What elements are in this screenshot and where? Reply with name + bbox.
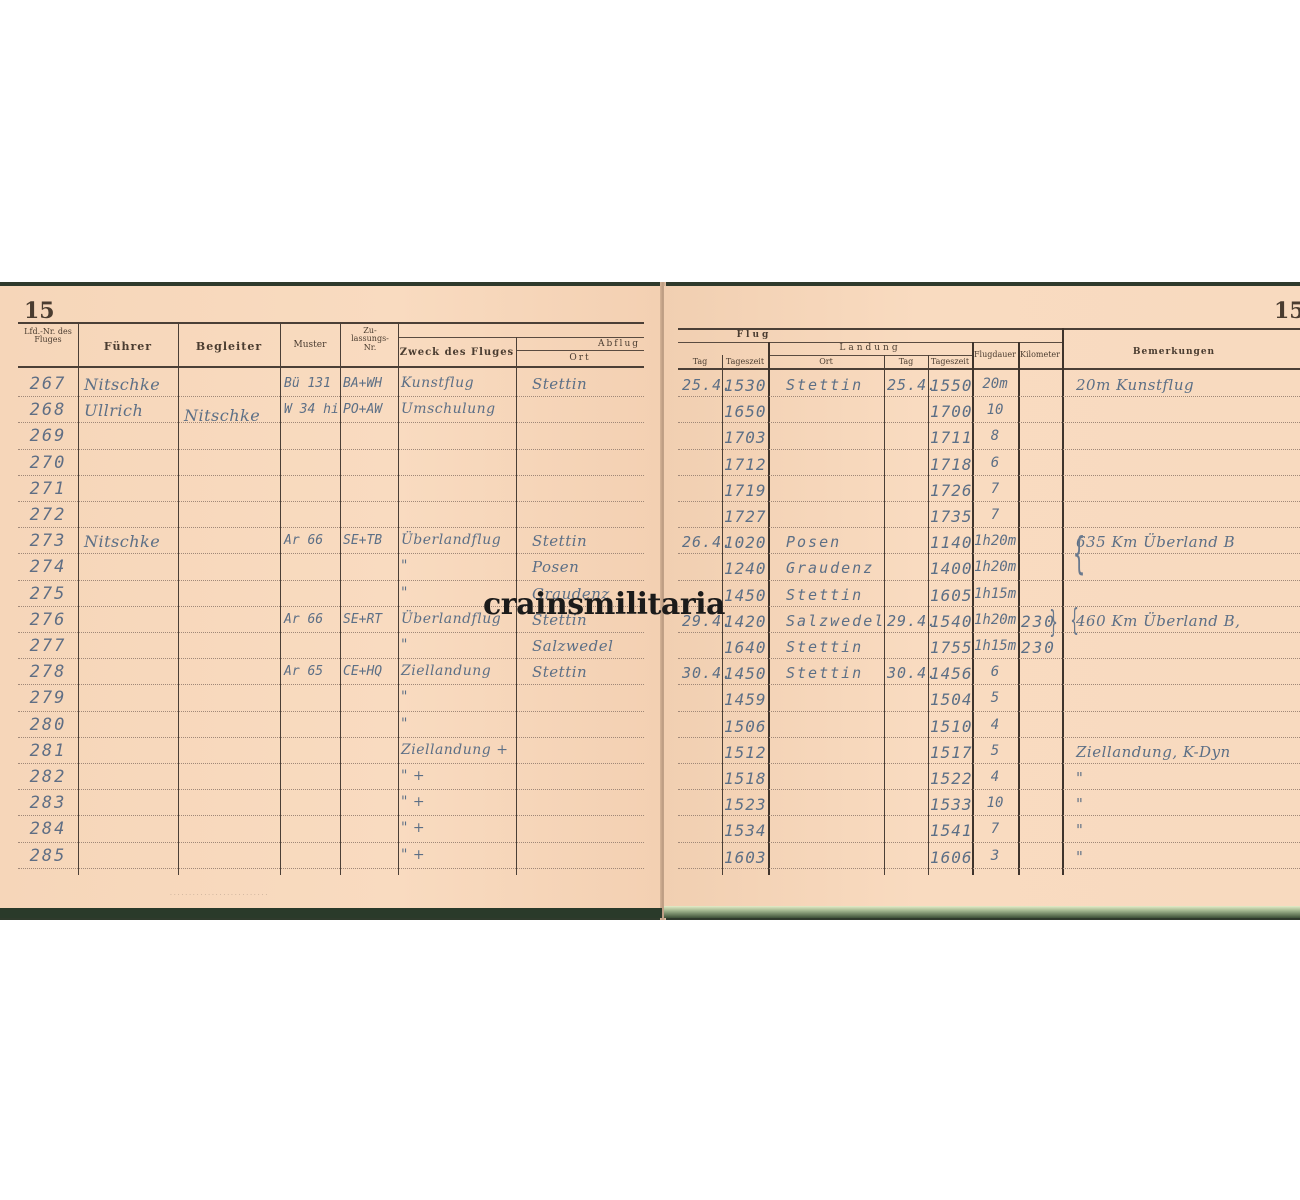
landing-time-cell: 1533 xyxy=(930,795,973,814)
purpose-cell: " xyxy=(401,558,408,574)
departure-time-cell: 1020 xyxy=(724,533,767,552)
remarks-cell: " xyxy=(1076,769,1083,787)
aircraft-type-cell: Ar 65 xyxy=(284,664,323,679)
flight-number: 281 xyxy=(26,741,70,761)
row-rule xyxy=(678,527,1300,528)
row-rule xyxy=(678,475,1300,476)
purpose-cell: Ziellandung + xyxy=(401,742,508,758)
header-top-rule xyxy=(18,322,644,324)
header-landung-tageszeit: Tageszeit xyxy=(928,358,972,366)
row-rule xyxy=(678,553,1300,554)
landing-time-cell: 1517 xyxy=(930,743,973,762)
header-fuehrer: Führer xyxy=(78,341,178,353)
row-rule xyxy=(18,711,644,712)
header-landung-ort: Ort xyxy=(768,358,884,366)
row-rule xyxy=(18,737,644,738)
flight-number: 283 xyxy=(26,793,70,813)
header-begleiter: Begleiter xyxy=(178,341,280,353)
row-rule xyxy=(678,632,1300,633)
departure-time-cell: 1640 xyxy=(724,638,767,657)
col-divider xyxy=(340,322,341,875)
row-rule xyxy=(678,789,1300,790)
departure-time-cell: 1603 xyxy=(724,848,767,867)
flight-number: 268 xyxy=(26,400,70,420)
landing-time-cell: 1541 xyxy=(930,821,973,840)
header-bottom-rule xyxy=(18,366,644,368)
row-rule xyxy=(18,501,644,502)
departure-time-cell: 1506 xyxy=(724,717,767,736)
duration-cell: 8 xyxy=(974,428,1016,444)
duration-cell: 1h20m xyxy=(974,559,1016,575)
row-rule xyxy=(18,815,644,816)
flight-number: 276 xyxy=(26,610,70,630)
landing-place-cell: Graudenz xyxy=(786,559,874,577)
row-rule xyxy=(18,527,644,528)
landing-time-cell: 1400 xyxy=(930,559,973,578)
landing-place-cell: Stettin xyxy=(786,638,863,656)
flight-number: 267 xyxy=(26,374,70,394)
row-rule xyxy=(678,763,1300,764)
flight-number: 277 xyxy=(26,636,70,656)
printer-footnote: · · · · · · · · · · · · · · · · · · · · … xyxy=(170,892,267,899)
header-lfd-nr: Lfd.-Nr. des Fluges xyxy=(18,328,78,345)
landing-time-cell: 1510 xyxy=(930,717,973,736)
header-landung-tag: Tag xyxy=(884,358,928,366)
flight-number: 270 xyxy=(26,453,70,473)
departure-place-cell: Stettin xyxy=(532,532,587,550)
departure-time-cell: 1512 xyxy=(724,743,767,762)
departure-time-cell: 1450 xyxy=(724,586,767,605)
col-divider xyxy=(78,322,79,875)
duration-cell: 1h15m xyxy=(974,586,1016,602)
row-rule xyxy=(18,789,644,790)
remarks-cell: " xyxy=(1076,821,1083,839)
row-rule xyxy=(18,475,644,476)
row-rule xyxy=(678,606,1300,607)
col-divider xyxy=(178,322,179,875)
duration-cell: 1h15m xyxy=(974,638,1016,654)
departure-time-cell: 1534 xyxy=(724,821,767,840)
departure-time-cell: 1450 xyxy=(724,664,767,683)
aircraft-type-cell: Ar 66 xyxy=(284,533,323,548)
departure-time-cell: 1719 xyxy=(724,481,767,500)
remarks-cell: 460 Km Überland B, xyxy=(1076,612,1240,630)
row-rule xyxy=(678,684,1300,685)
duration-cell: 6 xyxy=(974,455,1016,471)
bracket-icon: } xyxy=(1049,608,1058,638)
row-rule xyxy=(18,658,644,659)
landing-time-cell: 1735 xyxy=(930,507,973,526)
kilometer-cell: 230 xyxy=(1021,638,1056,657)
duration-cell: 6 xyxy=(974,664,1016,680)
header-zulassungs-nr: Zu-lassungs-Nr. xyxy=(345,327,395,352)
flight-number: 279 xyxy=(26,688,70,708)
header-top-rule xyxy=(678,328,1300,330)
landing-time-cell: 1755 xyxy=(930,638,973,657)
landing-time-cell: 1140 xyxy=(930,533,973,552)
purpose-cell: " xyxy=(401,637,408,653)
row-rule xyxy=(678,815,1300,816)
header-abflug-tag: Tag xyxy=(678,358,722,366)
departure-time-cell: 1650 xyxy=(724,402,767,421)
row-rule xyxy=(18,632,644,633)
landing-time-cell: 1540 xyxy=(930,612,973,631)
landing-place-cell: Stettin xyxy=(786,664,863,682)
purpose-cell: " xyxy=(401,716,408,732)
row-rule xyxy=(678,396,1300,397)
row-rule xyxy=(678,737,1300,738)
flight-number: 278 xyxy=(26,662,70,682)
row-rule xyxy=(678,868,1300,869)
flight-number: 269 xyxy=(26,426,70,446)
landing-time-cell: 1522 xyxy=(930,769,973,788)
purpose-cell: Ziellandung xyxy=(401,663,491,679)
departure-time-cell: 1459 xyxy=(724,690,767,709)
departure-place-cell: Posen xyxy=(532,558,579,576)
abflug-rule xyxy=(516,350,644,351)
landing-time-cell: 1550 xyxy=(930,376,973,395)
remarks-cell: 20m Kunstflug xyxy=(1076,376,1194,394)
pilot-cell: Nitschke xyxy=(84,375,160,394)
row-rule xyxy=(18,449,644,450)
header-abflug-tageszeit: Tageszeit xyxy=(722,358,768,366)
flight-number: 282 xyxy=(26,767,70,787)
row-rule xyxy=(18,763,644,764)
left-page-number: 15 xyxy=(24,298,55,324)
landing-time-cell: 1718 xyxy=(930,455,973,474)
purpose-cell: Kunstflug xyxy=(401,375,474,391)
duration-cell: 3 xyxy=(974,848,1016,864)
row-rule xyxy=(678,422,1300,423)
flight-number: 271 xyxy=(26,479,70,499)
purpose-cell: Überlandflug xyxy=(401,532,501,548)
bracket-icon: { xyxy=(1070,606,1079,636)
purpose-cell: " + xyxy=(401,847,425,863)
landing-place-cell: Stettin xyxy=(786,376,863,394)
landing-time-cell: 1456 xyxy=(930,664,973,683)
aircraft-type-cell: Bü 131 xyxy=(284,376,331,391)
flight-number: 272 xyxy=(26,505,70,525)
aircraft-type-cell: Ar 66 xyxy=(284,612,323,627)
remarks-cell: Ziellandung, K-Dyn xyxy=(1076,743,1231,761)
col-divider xyxy=(1062,328,1064,875)
header-flug: Flug xyxy=(724,331,784,340)
row-rule xyxy=(678,501,1300,502)
departure-time-cell: 1703 xyxy=(724,428,767,447)
flight-number: 284 xyxy=(26,819,70,839)
landung-rule xyxy=(768,355,972,356)
companion-cell: Nitschke xyxy=(184,406,260,425)
landing-time-cell: 1726 xyxy=(930,481,973,500)
header-bemerkungen: Bemerkungen xyxy=(1064,348,1284,357)
remarks-cell: 635 Km Überland B xyxy=(1076,533,1235,551)
duration-cell: 5 xyxy=(974,743,1016,759)
flight-number: 275 xyxy=(26,584,70,604)
landing-time-cell: 1606 xyxy=(930,848,973,867)
duration-cell: 10 xyxy=(974,795,1016,811)
registration-cell: PO+AW xyxy=(343,402,382,417)
departure-place-cell: Salzwedel xyxy=(532,637,613,655)
duration-cell: 4 xyxy=(974,769,1016,785)
departure-time-cell: 1518 xyxy=(724,769,767,788)
header-abflug: Abflug xyxy=(560,340,640,349)
flight-number: 273 xyxy=(26,531,70,551)
departure-place-cell: Stettin xyxy=(532,375,587,393)
bracket-icon: { xyxy=(1073,532,1086,576)
col-divider xyxy=(280,322,281,875)
purpose-cell: " + xyxy=(401,820,425,836)
duration-cell: 1h20m xyxy=(974,533,1016,549)
pilot-cell: Nitschke xyxy=(84,532,160,551)
header-landung: Landung xyxy=(768,344,972,353)
departure-time-cell: 1712 xyxy=(724,455,767,474)
row-rule xyxy=(18,580,644,581)
departure-time-cell: 1523 xyxy=(724,795,767,814)
header-zweck: Zweck des Fluges xyxy=(398,348,516,359)
cover-edge-right xyxy=(664,906,1300,918)
row-rule xyxy=(678,711,1300,712)
landing-time-cell: 1711 xyxy=(930,428,973,447)
row-rule xyxy=(18,422,644,423)
purpose-cell: " xyxy=(401,689,408,705)
row-rule xyxy=(18,396,644,397)
remarks-cell: " xyxy=(1076,848,1083,866)
flight-number: 274 xyxy=(26,557,70,577)
registration-cell: BA+WH xyxy=(343,376,382,391)
pilot-cell: Ullrich xyxy=(84,401,143,420)
aircraft-type-cell: W 34 hi xyxy=(284,402,339,417)
watermark: crainsmilitaria xyxy=(483,587,725,622)
duration-cell: 10 xyxy=(974,402,1016,418)
departure-time-cell: 1240 xyxy=(724,559,767,578)
flight-number: 280 xyxy=(26,715,70,735)
duration-cell: 20m xyxy=(974,376,1016,392)
row-rule xyxy=(18,868,644,869)
landing-time-cell: 1504 xyxy=(930,690,973,709)
landing-place-cell: Posen xyxy=(786,533,841,551)
header-abflug-ort: Ort xyxy=(516,354,644,363)
duration-cell: 1h20m xyxy=(974,612,1016,628)
right-page: 15 Flug Tag Tageszeit Landung Ort Tag Ta… xyxy=(664,286,1300,910)
header-flugdauer: Flugdauer xyxy=(972,351,1018,359)
landing-place-cell: Stettin xyxy=(786,586,863,604)
duration-cell: 7 xyxy=(974,481,1016,497)
col-divider xyxy=(398,322,399,875)
remarks-cell: " xyxy=(1076,795,1083,813)
header-kilometer: Kilometer xyxy=(1018,351,1062,359)
registration-cell: CE+HQ xyxy=(343,664,382,679)
purpose-cell: Umschulung xyxy=(401,401,496,417)
duration-cell: 4 xyxy=(974,717,1016,733)
landing-time-cell: 1605 xyxy=(930,586,973,605)
header-sub-rule xyxy=(398,337,644,338)
header-muster: Muster xyxy=(280,341,340,350)
duration-cell: 7 xyxy=(974,821,1016,837)
departure-time-cell: 1727 xyxy=(724,507,767,526)
header-bottom-rule xyxy=(678,368,1300,370)
departure-place-cell: Stettin xyxy=(532,663,587,681)
row-rule xyxy=(678,449,1300,450)
registration-cell: SE+RT xyxy=(343,612,382,627)
duration-cell: 7 xyxy=(974,507,1016,523)
row-rule xyxy=(18,684,644,685)
departure-time-cell: 1420 xyxy=(724,612,767,631)
right-page-number: 15 xyxy=(1274,298,1300,324)
departure-time-cell: 1530 xyxy=(724,376,767,395)
cover-edge-left xyxy=(0,908,662,918)
row-rule xyxy=(678,580,1300,581)
flight-number: 285 xyxy=(26,846,70,866)
landing-place-cell: Salzwedel xyxy=(786,612,885,630)
row-rule xyxy=(18,553,644,554)
registration-cell: SE+TB xyxy=(343,533,382,548)
landing-time-cell: 1700 xyxy=(930,402,973,421)
purpose-cell: " + xyxy=(401,768,425,784)
row-rule xyxy=(678,842,1300,843)
purpose-cell: " xyxy=(401,585,408,601)
row-rule xyxy=(678,658,1300,659)
purpose-cell: " + xyxy=(401,794,425,810)
row-rule xyxy=(18,842,644,843)
duration-cell: 5 xyxy=(974,690,1016,706)
